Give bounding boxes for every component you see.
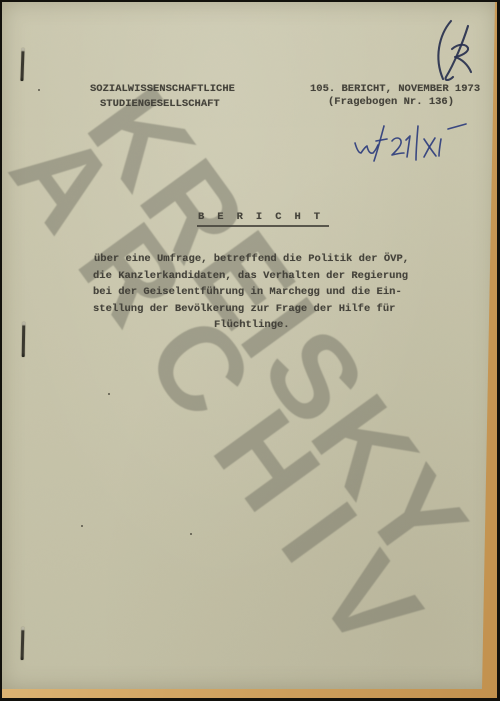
handwritten-check-mark <box>438 21 471 80</box>
paper-page: KREISKY ARCHIV SOZIALWISSENSCHAFTLICHE S… <box>2 2 496 689</box>
handwritten-date-note <box>355 124 466 161</box>
scan-background: { "page": { "header": { "org_line1": "SO… <box>0 0 500 701</box>
handwritten-annotations <box>2 2 496 689</box>
